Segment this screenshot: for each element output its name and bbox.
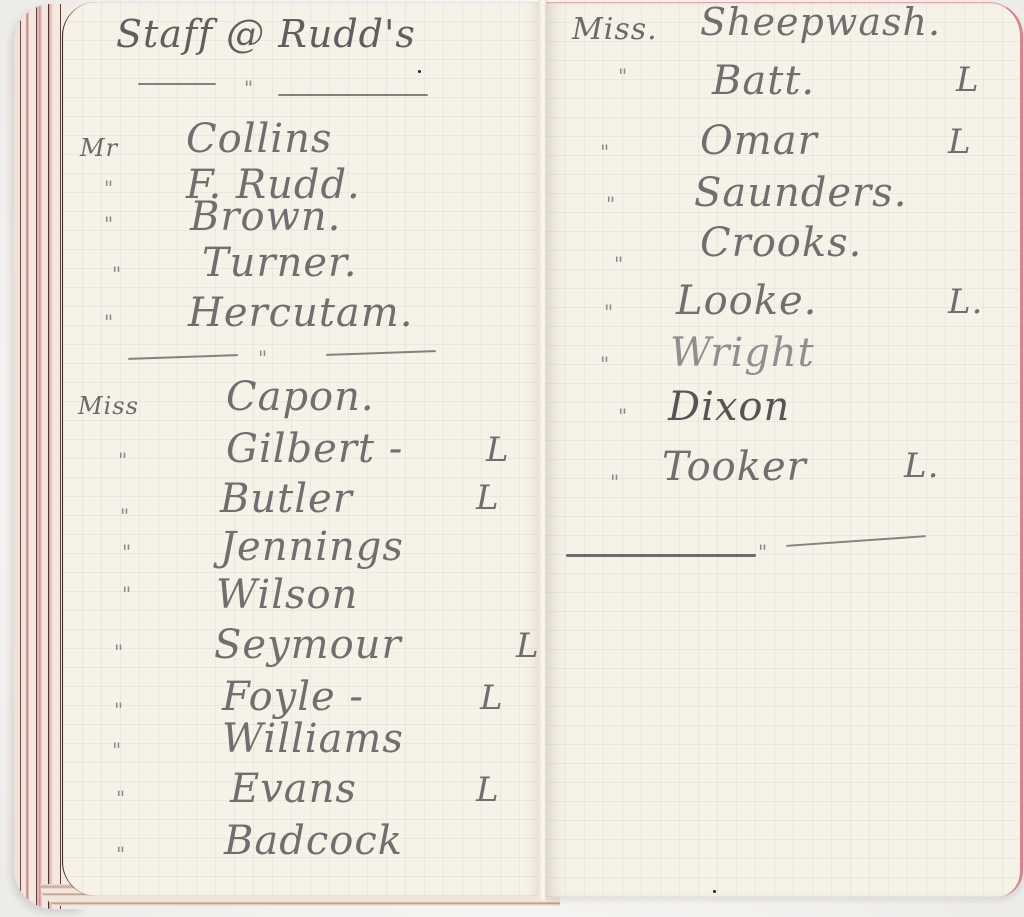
list-item-name: Tooker	[662, 444, 807, 490]
ditto-mark: "	[120, 504, 130, 528]
ditto-mark: "	[122, 540, 132, 564]
status-mark: L	[476, 478, 500, 518]
page-heading: Staff @ Rudd's	[116, 12, 416, 56]
separator-ditto: "	[258, 346, 268, 370]
list-item-name: Capon.	[226, 374, 375, 420]
list-item-name: Foyle -	[222, 674, 364, 720]
right-prefix: Miss.	[572, 12, 658, 47]
status-mark: L	[956, 60, 980, 100]
list-item-name: Badcock	[224, 818, 403, 864]
list-item-name: Wilson	[216, 572, 358, 618]
status-mark: L.	[948, 282, 983, 322]
status-mark: L	[516, 626, 540, 666]
list-item-name: Gilbert -	[226, 426, 403, 472]
ditto-mark: "	[104, 176, 114, 200]
ditto-mark: "	[618, 64, 628, 88]
ditto-mark: "	[114, 640, 124, 664]
list-item-name: Omar	[700, 118, 818, 164]
ditto-mark: "	[104, 310, 114, 334]
list-item-name: Saunders.	[694, 170, 907, 216]
status-mark: L	[948, 122, 972, 162]
status-mark: L	[480, 678, 504, 718]
list-item-name: Looke.	[676, 278, 817, 324]
ditto-mark: "	[122, 582, 132, 606]
list-item-name: Collins	[186, 116, 332, 162]
ditto-mark: "	[600, 352, 610, 376]
ditto-mark: "	[600, 140, 610, 164]
list-item-name: Turner.	[202, 240, 357, 286]
list-item-name: Brown.	[190, 194, 341, 240]
end-rule-left	[566, 554, 756, 557]
ditto-mark: "	[116, 842, 126, 866]
pencil-dot	[713, 890, 716, 893]
heading-underline	[138, 83, 216, 85]
list-item-name: Butler	[220, 476, 353, 522]
status-mark: L.	[904, 446, 939, 486]
status-mark: L	[486, 430, 510, 470]
ditto-mark: "	[604, 300, 614, 324]
heading-rule	[278, 94, 428, 96]
list-item-name: Dixon	[668, 384, 790, 430]
list-item-name: Sheepwash.	[700, 0, 941, 44]
ditto-mark: "	[614, 252, 624, 276]
list-item-name: Williams	[222, 716, 404, 762]
end-ditto: "	[758, 540, 768, 564]
ditto-mark: "	[112, 262, 122, 286]
pencil-dot	[418, 70, 421, 73]
status-mark: L	[476, 770, 500, 810]
list-item-name: Batt.	[712, 58, 815, 104]
ditto-mark: "	[114, 698, 124, 722]
ditto-mark: "	[112, 738, 122, 762]
list-item-name: Crooks.	[700, 220, 862, 266]
ditto-mark: "	[618, 404, 628, 428]
list-item-name: Jennings	[220, 524, 404, 570]
ditto-mark: "	[610, 470, 620, 494]
list-item-name: Evans	[230, 766, 357, 812]
ditto-mark: "	[606, 192, 616, 216]
ditto-mark: "	[118, 448, 128, 472]
list-item-name: Wright	[670, 330, 815, 376]
men-prefix: Mr	[80, 134, 118, 162]
heading-ditto: "	[244, 76, 254, 100]
list-item-name: Seymour	[214, 622, 402, 668]
list-item-name: Hercutam.	[188, 290, 413, 336]
ditto-mark: "	[116, 786, 126, 810]
ditto-mark: "	[104, 212, 114, 236]
women-prefix: Miss	[78, 392, 139, 420]
